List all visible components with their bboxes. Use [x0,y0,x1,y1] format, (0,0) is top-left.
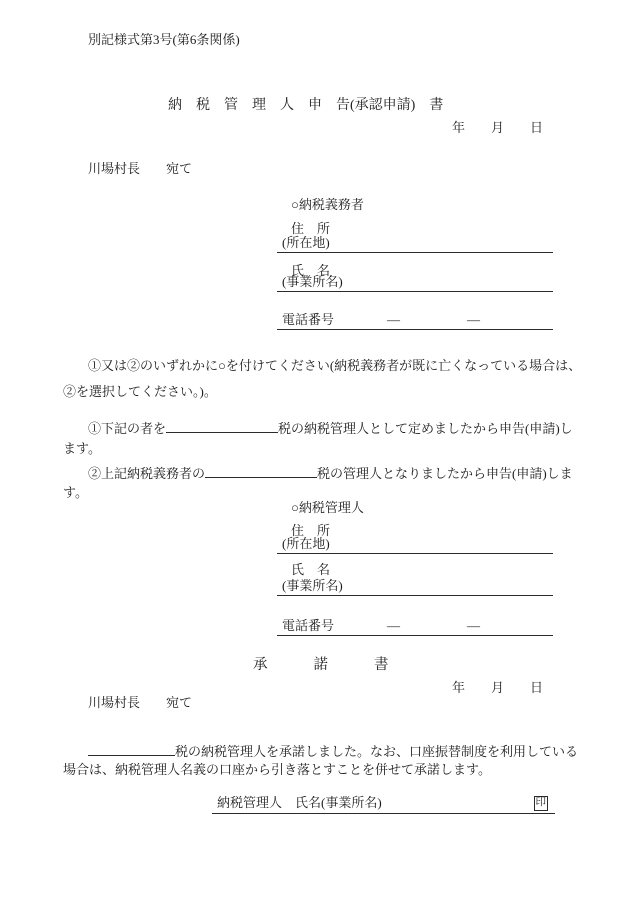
form-number: 別記様式第3号(第6条関係) [88,32,240,48]
consent-body-line1: 税の納税管理人を承諾しました。なお、口座振替制度を利用している [88,741,578,760]
manager-phone-field: 電話番号 ― ― [277,619,553,636]
taxpayer-address-note: (所在地) [282,232,330,251]
taxpayer-phone-field: 電話番号 ― ― [277,313,553,330]
consent-body-after-blank: 税の納税管理人を承諾しました。なお、口座振替制度を利用している [175,744,578,759]
taxpayer-name-field: (事業所名) [277,275,553,292]
manager-phone-label: 電話番号 [282,615,334,634]
seal-box: 印 [534,796,549,812]
option2-blank [205,463,317,478]
manager-address-note: (所在地) [282,533,330,552]
addressee-consent: 川場村長宛て [88,695,192,711]
consent-title: 承諾書 [253,657,435,673]
option2-prefix: ②上記納税義務者の [88,466,205,481]
form-title: 納 税 管 理 人 申 告(承認申請) 書 [168,98,443,114]
phone-dash: ― [387,618,400,634]
option1-blank [166,418,278,433]
addressee-suffix: 宛て [166,695,192,710]
manager-address-field: (所在地) [277,537,553,554]
option2-continuation: す。 [63,485,88,501]
option2-line: ②上記納税義務者の税の管理人となりましたから申告(申請)しま [88,463,573,482]
taxpayer-address-field: (所在地) [277,236,553,253]
consent-body-line2: 場合は、納税管理人名義の口座から引き落とすことを併せて承諾します。 [63,762,491,778]
option1-line: ①下記の者を税の納税管理人として定めましたから申告(申請)し [88,418,573,437]
phone-dash: ― [387,312,400,328]
phone-dash: ― [467,618,480,634]
instructions-line1: ①又は②のいずれかに○を付けてください(納税義務者が既に亡くなっている場合は、 [88,358,581,374]
date-line-consent: 年 月 日 [452,680,543,696]
option1-continuation: ます。 [63,441,101,457]
manager-name-note: (事業所名) [282,575,343,594]
consent-blank [88,741,175,756]
option1-prefix: ①下記の者を [88,421,166,436]
manager-heading: ○納税管理人 [291,500,364,516]
document-page: 別記様式第3号(第6条関係) 納 税 管 理 人 申 告(承認申請) 書 年 月… [0,0,630,903]
addressee-name: 川場村長 [88,695,140,710]
option1-suffix: 税の納税管理人として定めましたから申告(申請)し [278,421,573,436]
taxpayer-name-note: (事業所名) [282,271,343,290]
option2-suffix: 税の管理人となりましたから申告(申請)しま [317,466,573,481]
instructions-line2: ②を選択してください。)。 [63,384,217,400]
signature-label: 納税管理人 氏名(事業所名) [217,792,382,812]
addressee-suffix: 宛て [166,161,192,176]
addressee-name: 川場村長 [88,161,140,176]
addressee-application: 川場村長宛て [88,161,192,177]
taxpayer-phone-label: 電話番号 [282,309,334,328]
date-line-application: 年 月 日 [452,120,543,136]
taxpayer-heading: ○納税義務者 [291,197,364,213]
phone-dash: ― [467,312,480,328]
signature-field: 納税管理人 氏名(事業所名) 印 [212,797,555,814]
manager-name-field: (事業所名) [277,579,553,596]
